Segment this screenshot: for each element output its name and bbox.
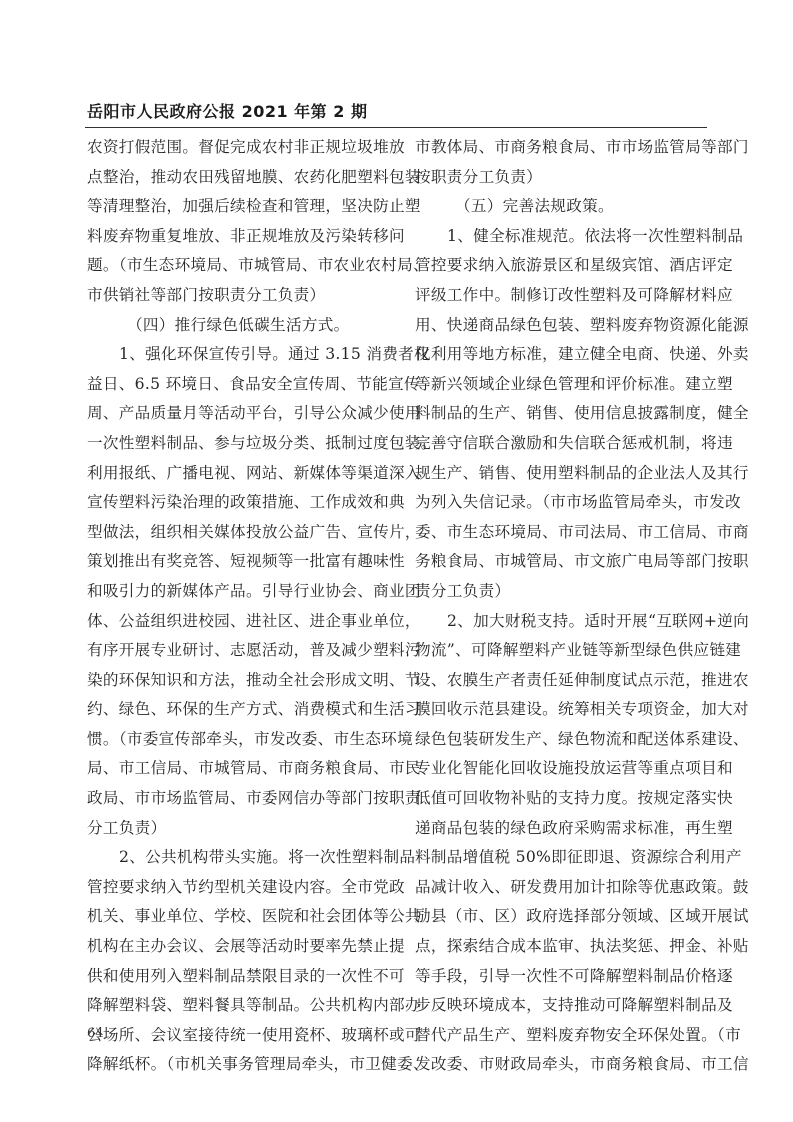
text-line: 设、农膜生产者责任延伸制度试点示范，推进农 bbox=[415, 666, 715, 696]
text-line: 机构在主办会议、会展等活动时要率先禁止提 bbox=[87, 932, 387, 962]
text-line: 励县（市、区）政府选择部分领域、区域开展试 bbox=[415, 902, 715, 932]
text-line: 委、市生态环境局、市司法局、市工信局、市商 bbox=[415, 518, 715, 548]
text-line: 分工负责） bbox=[87, 814, 387, 844]
text-line: 2、公共机构带头实施。将一次性塑料制品 bbox=[87, 843, 387, 873]
text-line: 料制品的生产、销售、使用信息披露制度，健全 bbox=[415, 399, 715, 429]
text-line: 管控要求纳入旅游景区和星级宾馆、酒店评定 bbox=[415, 251, 715, 281]
text-line: 管控要求纳入节约型机关建设内容。全市党政 bbox=[87, 873, 387, 903]
text-line: 等新兴领域企业绿色管理和评价标准。建立塑 bbox=[415, 370, 715, 400]
text-line: 发改委、市财政局牵头，市商务粮食局、市工信 bbox=[415, 1050, 715, 1080]
text-line: 等清理整治，加强后续检查和管理，坚决防止塑 bbox=[87, 192, 387, 222]
text-line: 替代产品生产、塑料废弃物安全环保处置。（市 bbox=[415, 1021, 715, 1051]
text-line: 降解塑料袋、塑料餐具等制品。公共机构内部办 bbox=[87, 991, 387, 1021]
text-line: 1、健全标准规范。依法将一次性塑料制品 bbox=[415, 222, 715, 252]
text-line: 规生产、销售、使用塑料制品的企业法人及其行 bbox=[415, 459, 715, 489]
text-line: 等手段，引导一次性不可降解塑料制品价格逐 bbox=[415, 962, 715, 992]
text-line: 策划推出有奖竞答、短视频等一批富有趣味性 bbox=[87, 547, 387, 577]
right-column: 市教体局、市商务粮食局、市市场监管局等部门按职责分工负责）（五）完善法规政策。1… bbox=[415, 133, 715, 1080]
section-heading: （四）推行绿色低碳生活方式。 bbox=[87, 311, 387, 341]
header-divider bbox=[85, 127, 707, 128]
text-line: 物流”、可降解塑料产业链等新型绿色供应链建 bbox=[415, 636, 715, 666]
section-heading: （五）完善法规政策。 bbox=[415, 192, 715, 222]
text-line: 农资打假范围。督促完成农村非正规垃圾堆放 bbox=[87, 133, 387, 163]
text-line: 益日、6.5 环境日、食品安全宣传周、节能宣传 bbox=[87, 370, 387, 400]
text-line: 一次性塑料制品、参与垃圾分类、抵制过度包装。 bbox=[87, 429, 387, 459]
text-line: 降解纸杯。（市机关事务管理局牵头，市卫健委、 bbox=[87, 1050, 387, 1080]
text-line: 评级工作中。制修订改性塑料及可降解材料应 bbox=[415, 281, 715, 311]
text-line: 料制品增值税 50%即征即退、资源综合利用产 bbox=[415, 843, 715, 873]
text-line: 专业化智能化回收设施投放运营等重点项目和 bbox=[415, 754, 715, 784]
text-line: 局、市工信局、市城管局、市商务粮食局、市民 bbox=[87, 754, 387, 784]
text-line: 体、公益组织进校园、进社区、进企事业单位， bbox=[87, 607, 387, 637]
text-line: 完善守信联合激励和失信联合惩戒机制，将违 bbox=[415, 429, 715, 459]
text-line: 绿色包装研发生产、绿色物流和配送体系建设、 bbox=[415, 725, 715, 755]
text-line: 用、快递商品绿色包装、塑料废弃物资源化能源 bbox=[415, 311, 715, 341]
text-line: 化利用等地方标准，建立健全电商、快递、外卖 bbox=[415, 340, 715, 370]
text-line: 1、强化环保宣传引导。通过 3.15 消费者权 bbox=[87, 340, 387, 370]
text-line: 务粮食局、市城管局、市文旅广电局等部门按职 bbox=[415, 547, 715, 577]
text-line: 品减计收入、研发费用加计扣除等优惠政策。鼓 bbox=[415, 873, 715, 903]
text-line: 机关、事业单位、学校、医院和社会团体等公共 bbox=[87, 902, 387, 932]
text-line: 周、产品质量月等活动平台，引导公众减少使用 bbox=[87, 399, 387, 429]
text-line: 市教体局、市商务粮食局、市市场监管局等部门 bbox=[415, 133, 715, 163]
text-line: 有序开展专业研讨、志愿活动，普及减少塑料污 bbox=[87, 636, 387, 666]
left-column: 农资打假范围。督促完成农村非正规垃圾堆放点整治，推动农田残留地膜、农药化肥塑料包… bbox=[87, 133, 387, 1080]
text-line: 点整治，推动农田残留地膜、农药化肥塑料包装 bbox=[87, 163, 387, 193]
page-header: 岳阳市人民政府公报 2021 年第 2 期 bbox=[87, 97, 707, 125]
text-line: 点，探索结合成本监审、执法奖惩、押金、补贴 bbox=[415, 932, 715, 962]
text-line: 和吸引力的新媒体产品。引导行业协会、商业团 bbox=[87, 577, 387, 607]
text-line: 约、绿色、环保的生产方式、消费模式和生活习 bbox=[87, 695, 387, 725]
text-line: 供和使用列入塑料制品禁限目录的一次性不可 bbox=[87, 962, 387, 992]
text-line: 责分工负责） bbox=[415, 577, 715, 607]
page-number: 64 bbox=[87, 1026, 104, 1041]
text-line: 市供销社等部门按职责分工负责） bbox=[87, 281, 387, 311]
text-line: 公场所、会议室接待统一使用瓷杯、玻璃杯或可 bbox=[87, 1021, 387, 1051]
text-line: 政局、市市场监管局、市委网信办等部门按职责 bbox=[87, 784, 387, 814]
text-line: 惯。（市委宣传部牵头，市发改委、市生态环境 bbox=[87, 725, 387, 755]
text-line: 为列入失信记录。（市市场监管局牵头，市发改 bbox=[415, 488, 715, 518]
text-line: 染的环保知识和方法，推动全社会形成文明、节 bbox=[87, 666, 387, 696]
text-line: 递商品包装的绿色政府采购需求标准，再生塑 bbox=[415, 814, 715, 844]
text-line: 步反映环境成本，支持推动可降解塑料制品及 bbox=[415, 991, 715, 1021]
text-line: 膜回收示范县建设。统筹相关专项资金，加大对 bbox=[415, 695, 715, 725]
text-line: 料废弃物重复堆放、非正规堆放及污染转移问 bbox=[87, 222, 387, 252]
text-line: 利用报纸、广播电视、网站、新媒体等渠道深入 bbox=[87, 459, 387, 489]
text-line: 低值可回收物补贴的支持力度。按规定落实快 bbox=[415, 784, 715, 814]
text-line: 2、加大财税支持。适时开展“互联网+逆向 bbox=[415, 607, 715, 637]
text-line: 宣传塑料污染治理的政策措施、工作成效和典 bbox=[87, 488, 387, 518]
text-line: 题。（市生态环境局、市城管局、市农业农村局、 bbox=[87, 251, 387, 281]
text-line: 型做法，组织相关媒体投放公益广告、宣传片， bbox=[87, 518, 387, 548]
publication-title: 岳阳市人民政府公报 2021 年第 2 期 bbox=[87, 99, 367, 122]
text-line: 按职责分工负责） bbox=[415, 163, 715, 193]
